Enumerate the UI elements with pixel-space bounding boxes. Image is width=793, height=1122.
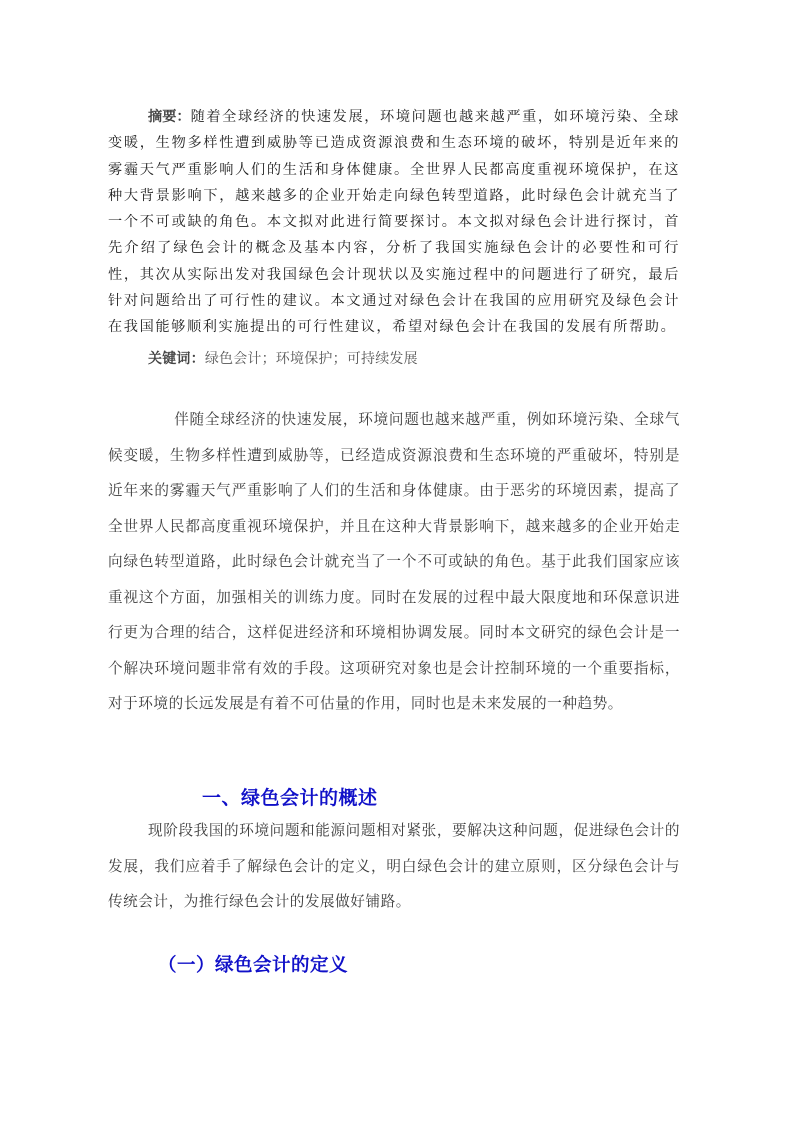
- intro-paragraph-text: 伴随全球经济的快速发展，环境问题也越来越严重，例如环境污染、全球气候变暖，生物多…: [108, 411, 680, 712]
- subsection-heading: （一）绿色会计的定义: [158, 951, 348, 977]
- section-paragraph: 现阶段我国的环境问题和能源问题相对紧张，要解决这种问题，促进绿色会计的发展，我们…: [108, 813, 680, 920]
- abstract: 摘要：随着全球经济的快速发展，环境问题也越来越严重，如环境污染、全球变暖，生物多…: [108, 104, 680, 341]
- keywords-text: 绿色会计；环境保护；可持续发展: [205, 351, 418, 367]
- intro-paragraph: 伴随全球经济的快速发展，环境问题也越来越严重，例如环境污染、全球气候变暖，生物多…: [108, 402, 680, 722]
- document-page: 摘要：随着全球经济的快速发展，环境问题也越来越严重，如环境污染、全球变暖，生物多…: [0, 0, 793, 1122]
- section-paragraph-text: 现阶段我国的环境问题和能源问题相对紧张，要解决这种问题，促进绿色会计的发展，我们…: [108, 822, 680, 910]
- keywords-label: 关键词：: [148, 351, 205, 367]
- keywords: 关键词：绿色会计；环境保护；可持续发展: [148, 348, 418, 368]
- abstract-label: 摘要：: [148, 109, 191, 125]
- section-heading: 一、绿色会计的概述: [202, 783, 378, 810]
- abstract-text: 随着全球经济的快速发展，环境问题也越来越严重，如环境污染、全球变暖，生物多样性遭…: [108, 109, 680, 335]
